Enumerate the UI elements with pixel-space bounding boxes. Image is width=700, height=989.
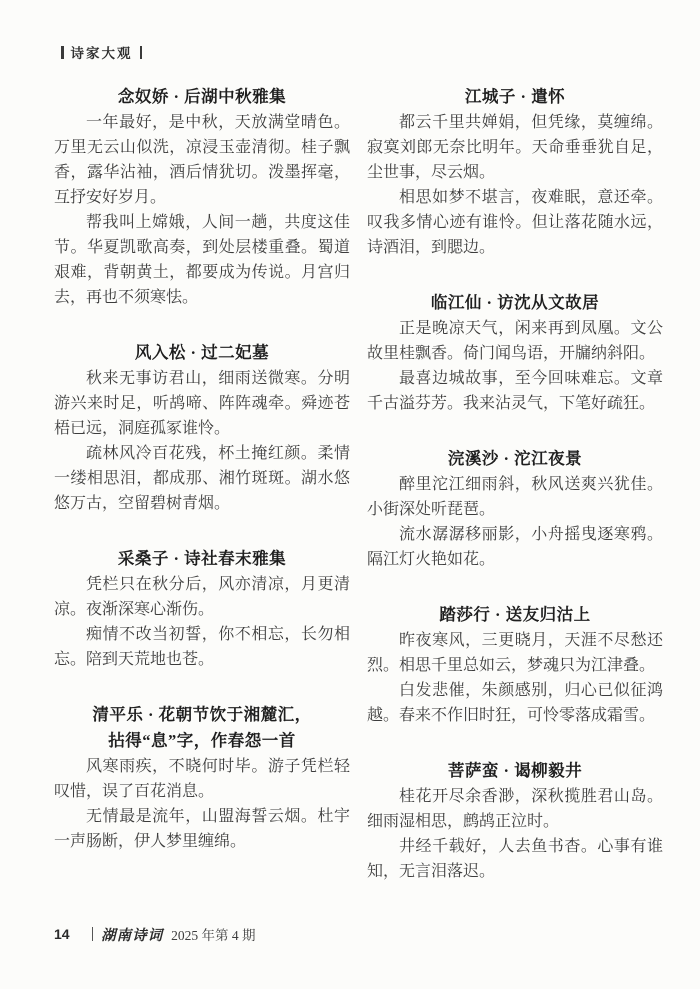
stanza: 流水潺潺移丽影，小舟摇曳逐寒鸦。隔江灯火艳如花。 [367, 522, 663, 572]
stanza: 疏林风冷百花残，杯土掩红颜。柔情一缕相思泪，都成那、湘竹斑斑。湖水悠悠万古，空留… [54, 441, 350, 516]
stanza: 一年最好，是中秋，天放满堂晴色。万里无云山似洗，凉浸玉壶清彻。桂子飘香，露华沾袖… [54, 110, 350, 210]
journal-page: 诗家大观 念奴娇 · 后湖中秋雅集 一年最好，是中秋，天放满堂晴色。万里无云山似… [0, 0, 700, 989]
poem: 踏莎行 · 送友归沽上 昨夜寒风，三更晓月，天涯不尽愁还烈。相思千里总如云，梦魂… [367, 602, 663, 728]
journal-issue: 2025 年第 4 期 [171, 924, 255, 944]
stanza: 白发悲催，朱颜感别，归心已似征鸿越。春来不作旧时狂，可怜零落成霜雪。 [367, 678, 663, 728]
poem-title: 菩萨蛮 · 谒柳毅井 [367, 758, 663, 784]
section-title-tag: 诗家大观 [54, 42, 149, 62]
poem-title: 踏莎行 · 送友归沽上 [367, 602, 663, 628]
right-column: 江城子 · 遣怀 都云千里共婵娟，但凭缘，莫缠绵。寂寞刘郎无奈比明年。天命垂垂犹… [367, 84, 663, 884]
poem-title: 江城子 · 遣怀 [367, 84, 663, 110]
vertical-bar-icon [61, 46, 64, 59]
page-footer: 14 湖南诗词 2025 年第 4 期 [54, 925, 255, 943]
poem: 菩萨蛮 · 谒柳毅井 桂花开尽余香渺，深秋揽胜君山岛。细雨湿相思，鹧鸪正泣时。 … [367, 758, 663, 884]
poem-title: 采桑子 · 诗社春末雅集 [54, 546, 350, 572]
page-number: 14 [54, 926, 70, 942]
poem-title: 浣溪沙 · 沱江夜景 [367, 446, 663, 472]
two-column-body: 念奴娇 · 后湖中秋雅集 一年最好，是中秋，天放满堂晴色。万里无云山似洗，凉浸玉… [54, 84, 664, 884]
stanza: 无情最是流年，山盟海誓云烟。杜宇一声肠断，伊人梦里缠绵。 [54, 804, 350, 854]
vertical-bar-icon [92, 927, 94, 941]
stanza: 都云千里共婵娟，但凭缘，莫缠绵。寂寞刘郎无奈比明年。天命垂垂犹自足，尘世事，尽云… [367, 110, 663, 185]
vertical-bar-icon [140, 46, 143, 59]
poem: 临江仙 · 访沈从文故居 正是晚凉天气，闲来再到凤凰。文公故里桂飘香。倚门闻鸟语… [367, 290, 663, 416]
stanza: 昨夜寒风，三更晓月，天涯不尽愁还烈。相思千里总如云，梦魂只为江津叠。 [367, 628, 663, 678]
stanza: 风寒雨疾，不晓何时毕。游子凭栏轻叹惜，误了百花消息。 [54, 754, 350, 804]
stanza: 秋来无事访君山，细雨送微寒。分明游兴来时足，听鸪啼、阵阵魂牵。舜迹苍梧已远，洞庭… [54, 366, 350, 441]
stanza: 桂花开尽余香渺，深秋揽胜君山岛。细雨湿相思，鹧鸪正泣时。 [367, 784, 663, 834]
poem-title-line-2: 拈得“息”字，作春怨一首 [54, 728, 350, 754]
poem: 念奴娇 · 后湖中秋雅集 一年最好，是中秋，天放满堂晴色。万里无云山似洗，凉浸玉… [54, 84, 350, 310]
stanza: 凭栏只在秋分后，风亦清凉，月更清凉。夜渐深寒心渐伤。 [54, 572, 350, 622]
poem: 风入松 · 过二妃墓 秋来无事访君山，细雨送微寒。分明游兴来时足，听鸪啼、阵阵魂… [54, 340, 350, 516]
poem: 清平乐 · 花朝节饮于湘麓汇， 拈得“息”字，作春怨一首 风寒雨疾，不晓何时毕。… [54, 702, 350, 854]
stanza: 井经千载好，人去鱼书杳。心事有谁知，无言泪落迟。 [367, 834, 663, 884]
stanza: 帮我叫上嫦娥，人间一趟，共度这佳节。华夏凯歌高奏，到处层楼重叠。蜀道艰难，背朝黄… [54, 210, 350, 310]
stanza: 痴情不改当初誓，你不相忘，长勿相忘。陪到天荒地也苍。 [54, 622, 350, 672]
poem-title-line-1: 清平乐 · 花朝节饮于湘麓汇， [54, 702, 350, 728]
stanza: 醉里沱江细雨斜，秋风送爽兴犹佳。小街深处听琵琶。 [367, 472, 663, 522]
poem: 采桑子 · 诗社春末雅集 凭栏只在秋分后，风亦清凉，月更清凉。夜渐深寒心渐伤。 … [54, 546, 350, 672]
stanza: 正是晚凉天气，闲来再到凤凰。文公故里桂飘香。倚门闻鸟语，开牖纳斜阳。 [367, 316, 663, 366]
poem-title: 念奴娇 · 后湖中秋雅集 [54, 84, 350, 110]
page-header: 诗家大观 [54, 42, 664, 60]
left-column: 念奴娇 · 后湖中秋雅集 一年最好，是中秋，天放满堂晴色。万里无云山似洗，凉浸玉… [54, 84, 350, 884]
stanza: 最喜边城故事，至今回味难忘。文章千古溢芬芳。我来沾灵气，下笔好疏狂。 [367, 366, 663, 416]
section-title: 诗家大观 [71, 42, 133, 62]
journal-name: 湖南诗词 [101, 924, 163, 945]
poem: 江城子 · 遣怀 都云千里共婵娟，但凭缘，莫缠绵。寂寞刘郎无奈比明年。天命垂垂犹… [367, 84, 663, 260]
stanza: 相思如梦不堪言，夜难眠，意还牵。叹我多情心迹有谁怜。但让落花随水远，诗酒泪，到腮… [367, 185, 663, 260]
poem-title: 风入松 · 过二妃墓 [54, 340, 350, 366]
poem-title: 临江仙 · 访沈从文故居 [367, 290, 663, 316]
poem: 浣溪沙 · 沱江夜景 醉里沱江细雨斜，秋风送爽兴犹佳。小街深处听琵琶。 流水潺潺… [367, 446, 663, 572]
